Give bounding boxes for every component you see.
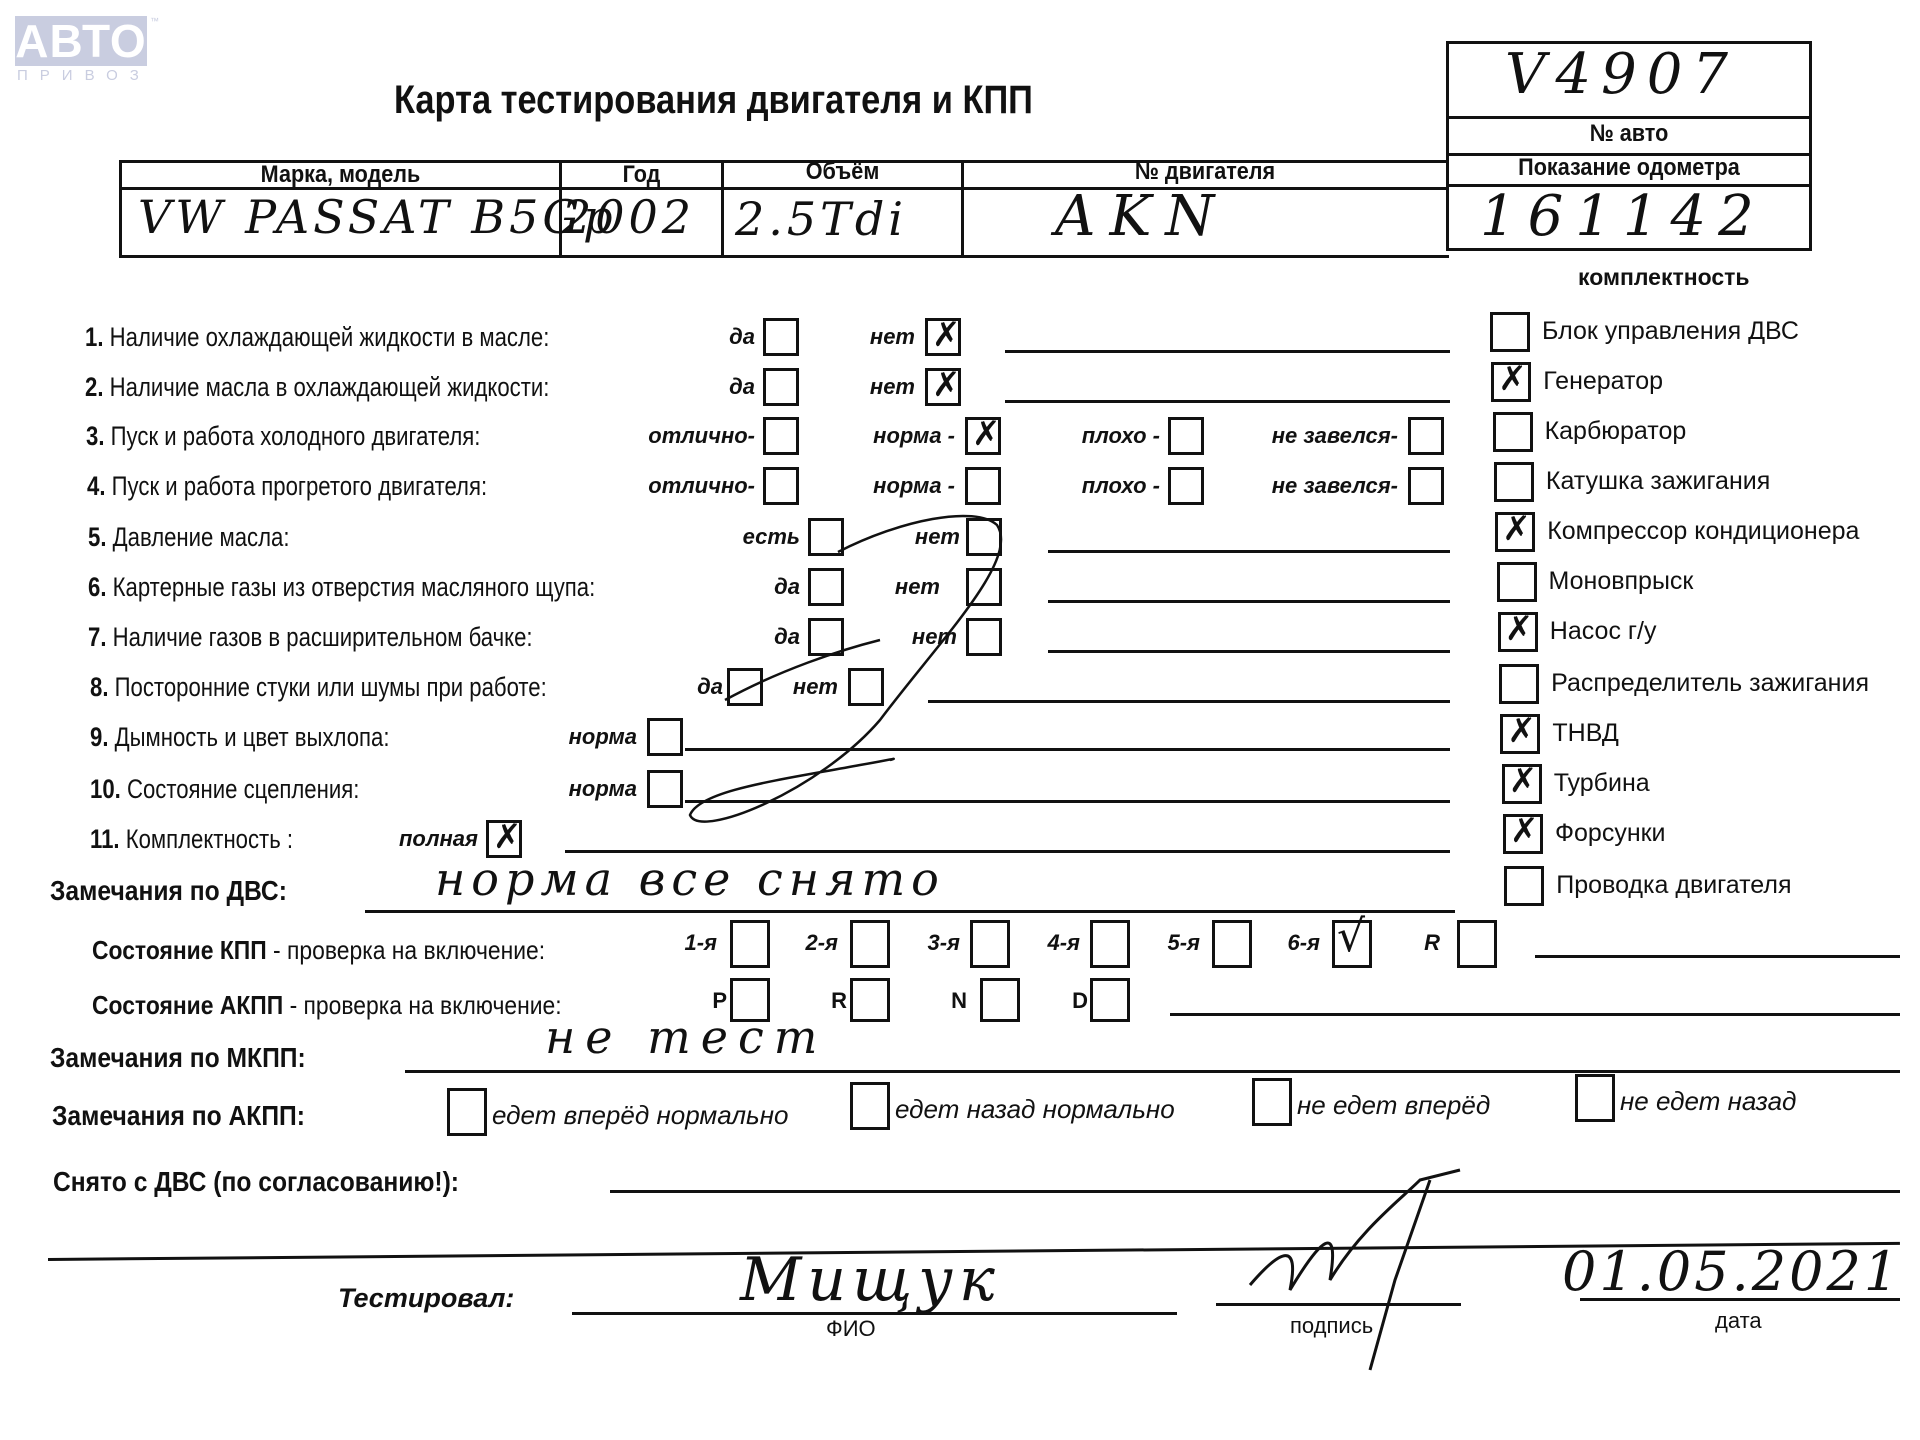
check-option-label: да	[595, 374, 755, 400]
gear-label: 1-я	[637, 930, 717, 956]
manual-remarks-field[interactable]: не тест	[545, 1010, 827, 1064]
header-make-model: Марка, модель	[144, 161, 537, 189]
gear-label: 4-я	[1000, 930, 1080, 956]
check-option-checkbox[interactable]	[965, 467, 1001, 505]
check-option-label: плохо -	[1000, 423, 1160, 449]
logo-subtitle: ПРИВОЗ	[17, 67, 147, 84]
date-field[interactable]: 01.05.2021	[1562, 1240, 1901, 1303]
kit-checkbox[interactable]	[1503, 814, 1543, 854]
auto-remark-label: не едет вперёд	[1297, 1090, 1490, 1121]
kit-checkbox[interactable]	[1500, 714, 1540, 754]
check-row-text: Состояние сцепления:	[127, 774, 359, 804]
check-option-label: нет	[797, 624, 957, 650]
check-row-label: 10. Состояние сцепления:	[90, 774, 359, 805]
check-row-number: 10.	[90, 774, 121, 804]
logo-text: АВТО	[15, 14, 146, 68]
check-row-text: Наличие масла в охлаждающей жидкости:	[110, 372, 550, 402]
kit-checkbox[interactable]	[1498, 612, 1538, 652]
page-title: Карта тестирования двигателя и КПП	[394, 78, 1033, 123]
check-row-text: Пуск и работа прогретого двигателя:	[112, 471, 487, 501]
check-row-label: 7. Наличие газов в расширительном бачке:	[88, 622, 533, 653]
check-row-underline	[1048, 600, 1450, 603]
check-option-label: норма	[477, 776, 637, 802]
check-row-number: 1.	[85, 322, 103, 352]
check-option-checkbox[interactable]	[1168, 417, 1204, 455]
check-option-checkbox[interactable]	[966, 518, 1002, 556]
check-row-text: Посторонние стуки или шумы при работе:	[115, 672, 547, 702]
check-option-label: есть	[640, 524, 800, 550]
kit-item-label: Насос г/у	[1550, 617, 1657, 646]
check-option-label: да	[640, 624, 800, 650]
volume-value[interactable]: 2.5Tdi	[735, 192, 907, 246]
check-option-label: не завелся-	[1238, 473, 1398, 499]
auto-remark-label: едет назад нормально	[895, 1094, 1175, 1125]
check-row-number: 9.	[90, 722, 108, 752]
check-option-checkbox[interactable]	[966, 618, 1002, 656]
check-row-underline	[928, 700, 1450, 703]
year-value[interactable]: 2002	[562, 190, 695, 244]
check-row-text: Наличие охлаждающей жидкости в масле:	[110, 322, 550, 352]
kit-checkbox[interactable]	[1494, 462, 1534, 502]
kit-item-label: Блок управления ДВС	[1542, 317, 1799, 346]
removed-label: Снято с ДВС (по согласованию!):	[53, 1166, 459, 1198]
check-row-number: 8.	[90, 672, 108, 702]
name-caption: ФИО	[826, 1316, 876, 1342]
check-option-checkbox[interactable]	[966, 568, 1002, 606]
check-row-label: 11. Комплектность :	[90, 824, 293, 855]
check-row-text: Наличие газов в расширительном бачке:	[113, 622, 533, 652]
check-row-label: 3. Пуск и работа холодного двигателя:	[86, 421, 480, 452]
check-option-checkbox[interactable]	[1408, 417, 1444, 455]
car-number-label: № авто	[1467, 120, 1791, 148]
gear-label: R	[1360, 930, 1440, 956]
kit-item-label: Генератор	[1543, 367, 1663, 396]
check-option-label: норма	[477, 724, 637, 750]
engine-no-value[interactable]: AKN	[1055, 184, 1228, 249]
check-option-checkbox[interactable]	[848, 668, 884, 706]
auto-remarks-label: Замечания по АКПП:	[52, 1100, 305, 1132]
gear-label: 2-я	[758, 930, 838, 956]
kit-checkbox[interactable]	[1491, 362, 1531, 402]
tester-name-field[interactable]: Мищук	[740, 1245, 1001, 1315]
kit-item-label: Моновпрыск	[1549, 567, 1694, 596]
kit-item-label: Проводка двигателя	[1556, 871, 1791, 900]
check-row-text: Картерные газы из отверстия масляного щу…	[113, 572, 596, 602]
kit-checkbox[interactable]	[1497, 562, 1537, 602]
check-option-label: норма -	[795, 473, 955, 499]
check-option-label: нет	[755, 324, 915, 350]
kit-checkbox[interactable]	[1504, 866, 1544, 906]
check-row-number: 6.	[88, 572, 106, 602]
check-row-text: Пуск и работа холодного двигателя:	[111, 421, 481, 451]
header-volume: Объём	[736, 158, 949, 186]
kit-item-label: Форсунки	[1555, 819, 1666, 848]
check-option-label: отлично-	[595, 423, 755, 449]
odometer-value[interactable]: 161142	[1480, 184, 1766, 249]
engine-remarks-field[interactable]: норма все снято	[435, 852, 945, 906]
gear-checkbox[interactable]	[1457, 920, 1497, 968]
manual-remarks-label: Замечания по МКПП:	[50, 1042, 306, 1074]
auto-remark-label: не едет назад	[1620, 1086, 1796, 1117]
check-option-label: да	[595, 324, 755, 350]
kit-item-label: Распределитель зажигания	[1551, 669, 1869, 698]
check-row-number: 7.	[88, 622, 106, 652]
kit-checkbox[interactable]	[1499, 664, 1539, 704]
odometer-label: Показание одометра	[1467, 154, 1791, 182]
auto-gearbox-label: Состояние АКПП - проверка на включение:	[92, 990, 562, 1021]
check-option-checkbox[interactable]	[925, 318, 961, 356]
kit-item-label: ТНВД	[1552, 719, 1618, 748]
check-option-checkbox[interactable]	[647, 770, 683, 808]
check-option-label: нет	[800, 524, 960, 550]
auto-position-label: D	[1048, 988, 1088, 1014]
check-option-checkbox[interactable]	[1168, 467, 1204, 505]
kit-checkbox[interactable]	[1502, 764, 1542, 804]
auto-remark-checkbox[interactable]	[1575, 1074, 1615, 1122]
kit-item-label: Турбина	[1554, 769, 1650, 798]
check-option-label: не завелся-	[1238, 423, 1398, 449]
check-option-label: отлично-	[595, 473, 755, 499]
auto-position-checkbox[interactable]	[1090, 978, 1130, 1022]
kit-checkbox[interactable]	[1490, 312, 1530, 352]
check-row-label: 8. Посторонние стуки или шумы при работе…	[90, 672, 547, 703]
check-row-label: 2. Наличие масла в охлаждающей жидкости:	[85, 372, 549, 403]
auto-position-checkbox[interactable]	[850, 978, 890, 1022]
header-engine-no: № двигателя	[988, 158, 1422, 186]
gear-label: 6-я	[1240, 930, 1320, 956]
check-row-text: Комплектность :	[126, 824, 293, 854]
check-option-label: плохо -	[1000, 473, 1160, 499]
check-option-label: нет	[678, 674, 838, 700]
car-number-value[interactable]: V4907	[1505, 42, 1738, 107]
check-row-underline	[685, 800, 1450, 803]
check-row-label: 5. Давление масла:	[88, 522, 289, 553]
check-row-underline	[1048, 550, 1450, 553]
check-row-underline	[685, 748, 1450, 751]
date-caption: дата	[1715, 1308, 1762, 1334]
check-option-label: да	[640, 574, 800, 600]
kit-title: комплектность	[1578, 264, 1750, 291]
check-row-label: 4. Пуск и работа прогретого двигателя:	[87, 471, 487, 502]
check-option-label: нет	[755, 374, 915, 400]
check-option-checkbox[interactable]	[763, 467, 799, 505]
kit-item-label: Карбюратор	[1545, 417, 1687, 446]
kit-item-label: Компрессор кондиционера	[1547, 517, 1859, 546]
manual-gearbox-label: Состояние КПП - проверка на включение:	[92, 935, 545, 966]
auto-position-checkbox[interactable]	[980, 978, 1020, 1022]
gear-label: 5-я	[1120, 930, 1200, 956]
auto-remark-checkbox[interactable]	[850, 1082, 890, 1130]
make-model-value[interactable]: VW PASSAT B5Gp	[138, 190, 617, 244]
check-row-label: 6. Картерные газы из отверстия масляного…	[88, 572, 595, 603]
check-row-label: 9. Дымность и цвет выхлопа:	[90, 722, 389, 753]
check-row-number: 11.	[90, 824, 120, 854]
check-row-text: Дымность и цвет выхлопа:	[115, 722, 390, 752]
check-option-checkbox[interactable]	[647, 718, 683, 756]
check-row-label: 1. Наличие охлаждающей жидкости в масле:	[85, 322, 549, 353]
check-row-text: Давление масла:	[113, 522, 290, 552]
check-row-underline	[1005, 400, 1450, 403]
kit-checkbox[interactable]	[1495, 512, 1535, 552]
auto-remark-checkbox[interactable]	[447, 1088, 487, 1136]
auto-remark-checkbox[interactable]	[1252, 1078, 1292, 1126]
auto-position-label: N	[927, 988, 967, 1014]
kit-checkbox[interactable]	[1493, 412, 1533, 452]
check-option-label: нет	[780, 574, 940, 600]
check-option-checkbox[interactable]	[763, 417, 799, 455]
tested-by-label: Тестировал:	[338, 1283, 514, 1314]
check-row-number: 2.	[85, 372, 103, 402]
signature-caption: подпись	[1290, 1313, 1373, 1339]
gear-label: 3-я	[880, 930, 960, 956]
header-year: Год	[570, 161, 713, 189]
check-row-underline	[1048, 650, 1450, 653]
kit-item-label: Катушка зажигания	[1546, 467, 1770, 496]
logo: АВТО	[15, 16, 147, 66]
logo-trademark: ™	[150, 16, 159, 26]
engine-remarks-label: Замечания по ДВС:	[50, 875, 287, 907]
check-row-underline	[1005, 350, 1450, 353]
check-option-checkbox[interactable]	[1408, 467, 1444, 505]
check-option-checkbox[interactable]	[925, 368, 961, 406]
check-row-number: 5.	[88, 522, 106, 552]
auto-remark-label: едет вперёд нормально	[492, 1100, 788, 1131]
check-row-number: 3.	[86, 421, 104, 451]
check-row-number: 4.	[87, 471, 105, 501]
check-option-label: полная	[318, 826, 478, 852]
check-option-label: норма -	[795, 423, 955, 449]
check-option-checkbox[interactable]	[965, 417, 1001, 455]
